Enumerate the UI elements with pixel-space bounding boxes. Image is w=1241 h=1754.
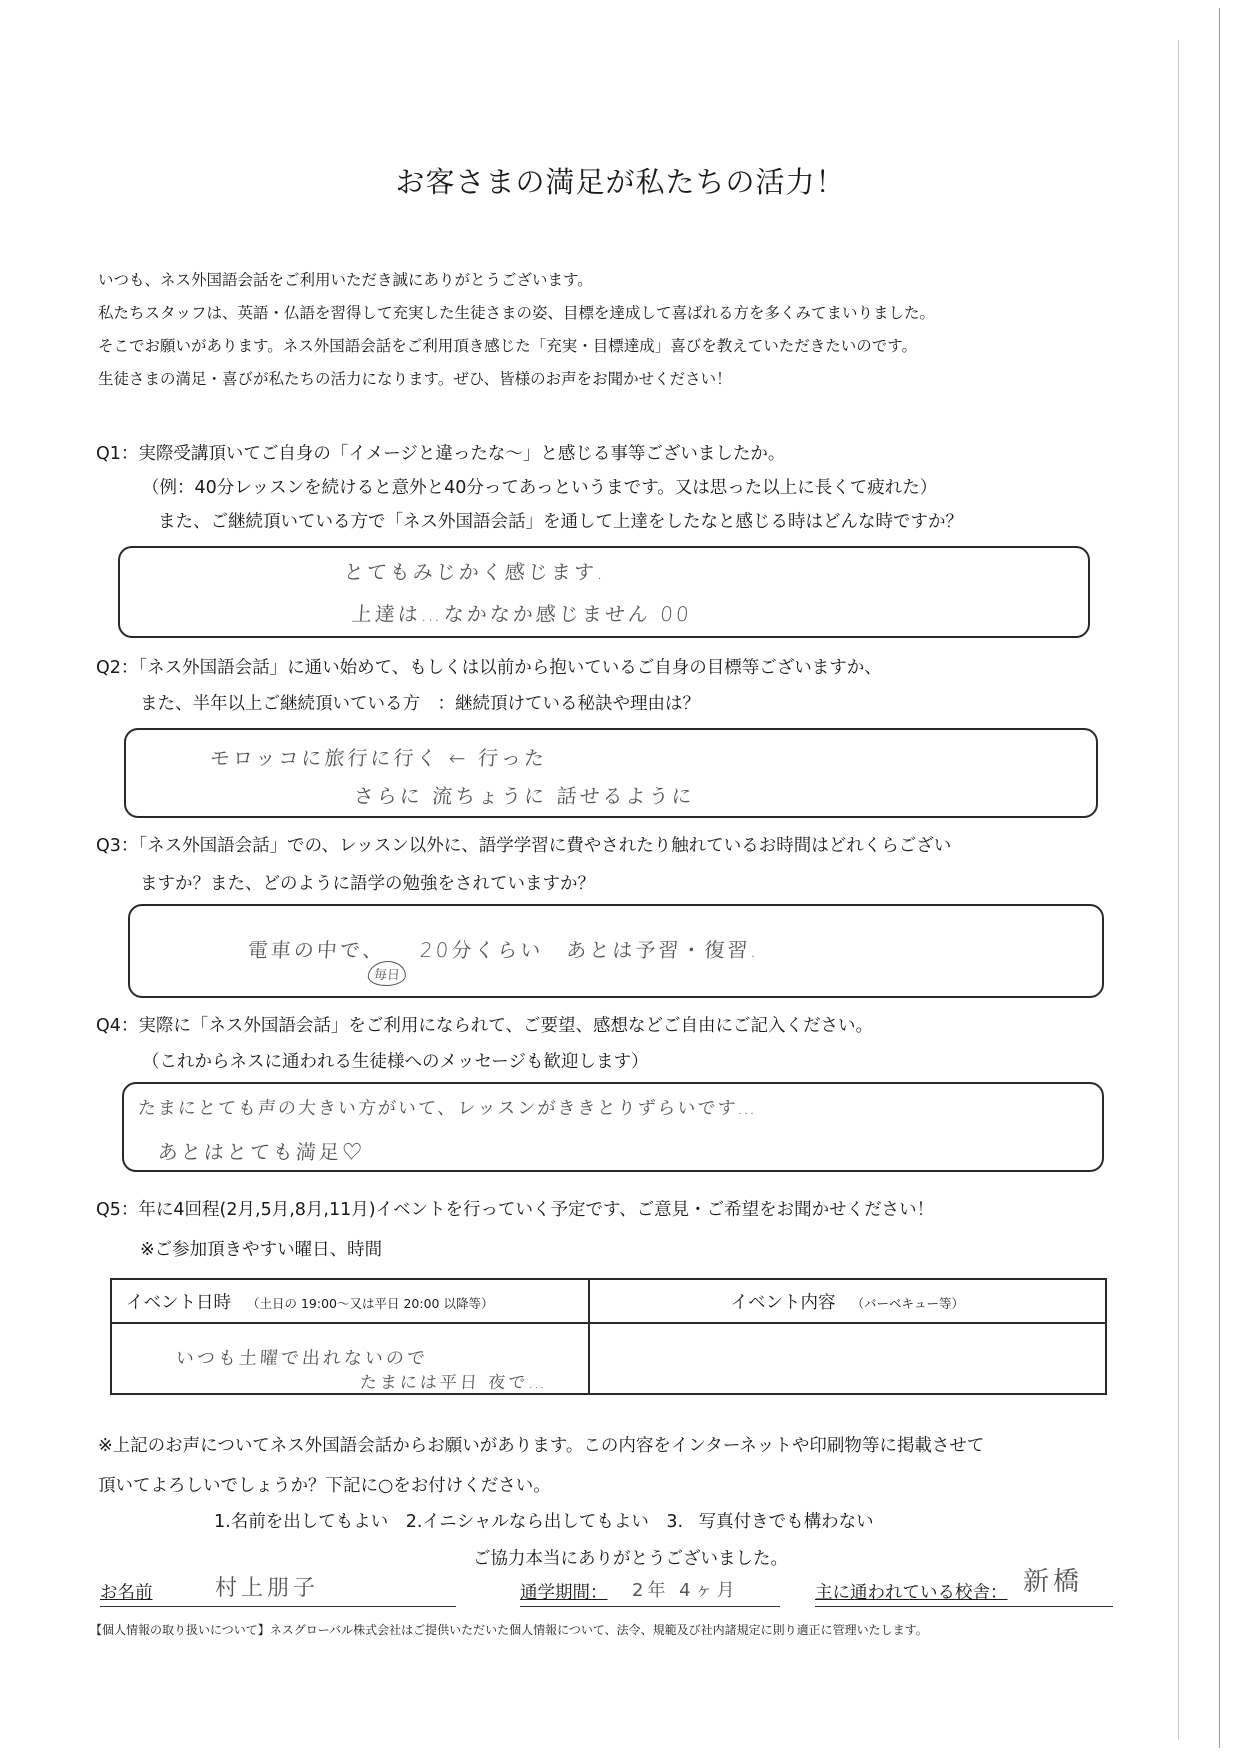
q3-answer-note: 毎日 <box>367 960 407 986</box>
permission-request: ※上記のお声についてネス外国語会話からお願いがあります。この内容をインターネット… <box>98 1432 984 1457</box>
q4-followup: （これからネスに通われる生徒様へのメッセージも歓迎します） <box>142 1048 648 1073</box>
event-datetime-answer[interactable]: いつも土曜で出れないので たまには平日 夜で… <box>111 1323 589 1394</box>
intro-line: 私たちスタッフは、英語・仏語を習得して充実した生徒さまの姿、目標を達成して喜ばれ… <box>98 297 935 330</box>
q3-answer-box[interactable]: 電車の中で、 毎日 20分くらい あとは予習・復習. <box>128 904 1104 998</box>
school-field[interactable]: 主に通われている校舎： 新橋 <box>815 1570 1113 1607</box>
q2-answer-line: モロッコに旅行に行く ← 行った <box>209 742 548 771</box>
privacy-notice: 【個人情報の取り扱いについて】ネスグローバル株式会社はご提供いただいた個人情報に… <box>90 1621 928 1638</box>
q3-followup: ますか？また、どのように語学の勉強をされていますか？ <box>140 870 595 895</box>
enrollment-period-field[interactable]: 通学期間： 2年 4ヶ月 <box>520 1570 780 1607</box>
permission-options[interactable]: 1.名前を出してもよい 2.イニシャルなら出してもよい 3. 写真付きでも構わな… <box>214 1508 874 1533</box>
permission-instruction: 頂いてよろしいでしょうか？下記に○をお付けください。 <box>98 1472 551 1497</box>
q5-note: ※ご参加頂きやすい曜日、時間 <box>140 1236 382 1261</box>
q1-example: （例：40分レッスンを続けると意外と40分ってあっというまです。又は思った以上に… <box>142 474 937 499</box>
daily-circled-note: 毎日 <box>367 961 407 986</box>
q1-answer-line: とてもみじかく感じます. <box>343 556 607 585</box>
q1-answer-line: 上達は…なかなか感じません 00 <box>351 598 693 627</box>
name-value: 村上朋子 <box>215 1571 319 1602</box>
name-label: お名前 <box>100 1579 153 1604</box>
intro-line: いつも、ネス外国語会話をご利用いただき誠にありがとうございます。 <box>98 264 935 297</box>
q3-answer-line: 20分くらい あとは予習・復習. <box>419 934 761 963</box>
event-datetime-hint: （土日の 19:00～又は平日 20:00 以降等） <box>247 1296 493 1311</box>
event-datetime-answer-line: いつも土曜で出れないので <box>175 1344 429 1370</box>
event-content-answer[interactable] <box>589 1323 1106 1394</box>
event-datetime-header: イベント日時（土日の 19:00～又は平日 20:00 以降等） <box>111 1279 589 1323</box>
q2-answer-line: さらに 流ちょうに 話せるように <box>353 780 696 809</box>
q3-question: Q3：「ネス外国語会話」での、レッスン以外に、語学学習に費やされたり触れているお… <box>96 832 951 857</box>
q3-answer-line: 電車の中で、 <box>247 934 387 963</box>
q2-answer-box[interactable]: モロッコに旅行に行く ← 行った さらに 流ちょうに 話せるように <box>124 728 1098 818</box>
intro-line: 生徒さまの満足・喜びが私たちの活力になります。ぜひ、皆様のお声をお聞かせください… <box>98 363 935 396</box>
school-value: 新橋 <box>1023 1561 1083 1598</box>
scan-artifact-line <box>1219 8 1220 1748</box>
q2-question: Q2：「ネス外国語会話」に通い始めて、もしくは以前から抱いているご自身の目標等ご… <box>96 654 882 679</box>
intro-paragraph: いつも、ネス外国語会話をご利用いただき誠にありがとうございます。 私たちスタッフ… <box>98 264 935 396</box>
event-content-header: イベント内容（バーベキュー等） <box>589 1279 1106 1323</box>
q4-answer-line: あとはとても満足♡ <box>157 1136 366 1165</box>
enrollment-period-label: 通学期間： <box>520 1579 608 1604</box>
event-datetime-answer-line: たまには平日 夜で… <box>359 1368 549 1393</box>
event-content-label: イベント内容 <box>731 1293 836 1313</box>
q1-answer-box[interactable]: とてもみじかく感じます. 上達は…なかなか感じません 00 <box>118 546 1090 638</box>
event-preference-table: イベント日時（土日の 19:00～又は平日 20:00 以降等） イベント内容（… <box>110 1278 1107 1395</box>
q2-followup: また、半年以上ご継続頂いている方 ：継続頂けている秘訣や理由は？ <box>140 690 700 715</box>
q5-question: Q5：年に4回程(2月,5月,8月,11月)イベントを行っていく予定です、ご意見… <box>96 1196 934 1221</box>
page-title: お客さまの満足が私たちの活力！ <box>0 160 1241 201</box>
q1-followup: また、ご継続頂いている方で「ネス外国語会話」を通して上達をしたなと感じる時はどん… <box>158 508 963 533</box>
enrollment-period-value: 2年 4ヶ月 <box>632 1576 739 1602</box>
school-label: 主に通われている校舎： <box>815 1579 1008 1604</box>
q4-answer-line: たまにとても声の大きい方がいて、レッスンがききとりずらいです… <box>137 1094 758 1120</box>
intro-line: そこでお願いがあります。ネス外国語会話をご利用頂き感じた「充実・目標達成」喜びを… <box>98 330 935 363</box>
q4-answer-box[interactable]: たまにとても声の大きい方がいて、レッスンがききとりずらいです… あとはとても満足… <box>122 1082 1104 1172</box>
q4-question: Q4：実際に「ネス外国語会話」をご利用になられて、ご要望、感想などご自由にご記入… <box>96 1012 873 1037</box>
q1-question: Q1：実際受講頂いてご自身の「イメージと違ったな～」と感じる事等ございましたか。 <box>96 440 785 465</box>
name-field[interactable]: お名前 村上朋子 <box>100 1570 456 1607</box>
event-datetime-label: イベント日時 <box>126 1293 231 1313</box>
event-content-hint: （バーベキュー等） <box>852 1296 965 1311</box>
scan-artifact-line <box>1178 40 1179 1740</box>
